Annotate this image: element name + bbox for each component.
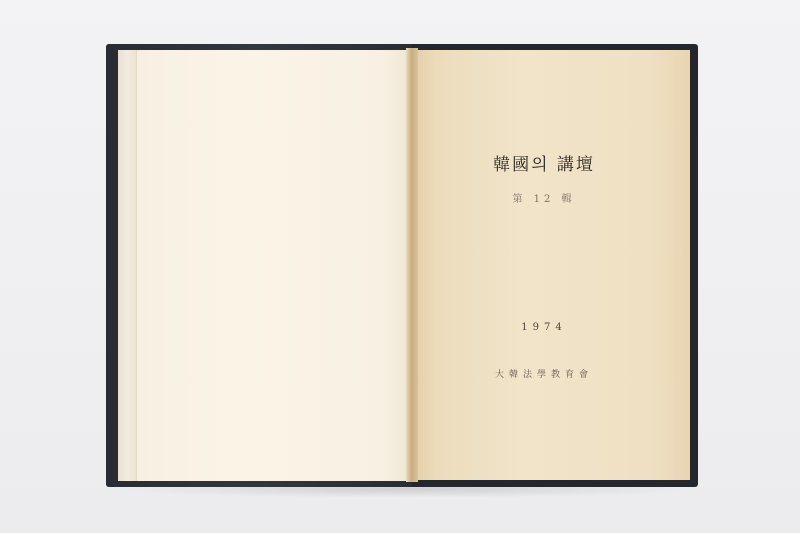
hinge-strip: [118, 50, 137, 481]
book-gutter: [406, 48, 418, 482]
publication-year: 1974: [414, 322, 674, 333]
left-endpaper: [118, 50, 410, 481]
title-page: [414, 50, 693, 480]
edition-label: 第 12 輯: [414, 190, 674, 205]
publisher-name: 大韓法學教育會: [414, 367, 674, 380]
book-title: 韓國의 講壇: [414, 150, 674, 175]
